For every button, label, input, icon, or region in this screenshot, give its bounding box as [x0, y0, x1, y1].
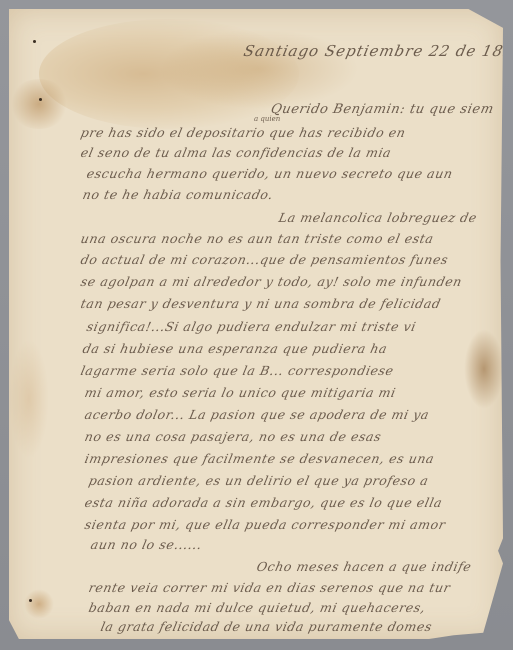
letter-line: mi amor, esto seria lo unico que mitigar… — [83, 385, 397, 400]
letter-line: una oscura noche no es aun tan triste co… — [79, 231, 435, 246]
letter-line: impresiones que facilmente se desvanecen… — [83, 451, 435, 466]
dateline: Santiago Septiembre 22 de 1850 — [242, 42, 513, 60]
letter-line: lagarme seria solo que la B... correspon… — [79, 363, 395, 378]
letter-line: significa!...Si algo pudiera endulzar mi… — [85, 319, 417, 334]
letter-line: el seno de tu alma las confidencias de l… — [79, 145, 393, 160]
letter-line: aun no lo se...... — [89, 537, 203, 552]
letter-line: da si hubiese una esperanza que pudiera … — [81, 341, 389, 356]
letter-line: escucha hermano querido, un nuevo secret… — [85, 166, 454, 181]
letter-line: pre has sido el depositario que has reci… — [79, 125, 407, 140]
letter-line: baban en nada mi dulce quietud, mi queha… — [87, 600, 427, 615]
letter-line: rente veia correr mi vida en dias sereno… — [87, 580, 452, 595]
letter-line: pasion ardiente, es un delirio el que ya… — [87, 473, 430, 488]
letter-line: no es una cosa pasajera, no es una de es… — [83, 429, 383, 444]
letter-line: la grata felicidad de una vida puramente… — [99, 619, 433, 634]
letter-line: tan pesar y desventura y ni una sombra d… — [79, 296, 442, 311]
letter-line: esta niña adorada a sin embargo, que es … — [83, 495, 443, 510]
letter-page: Santiago Septiembre 22 de 1850 Querido B… — [9, 9, 503, 639]
letter-line: no te he habia comunicado. — [81, 187, 274, 202]
letter-text: Santiago Septiembre 22 de 1850 Querido B… — [9, 9, 503, 639]
letter-line: Ocho meses hacen a que indife — [255, 559, 473, 574]
letter-line: se agolpan a mi alrededor y todo, ay! so… — [79, 274, 463, 289]
interlinear-insertion: a quien — [254, 115, 280, 123]
letter-line: La melancolica lobreguez de — [277, 210, 478, 225]
letter-line: do actual de mi corazon...que de pensami… — [79, 252, 449, 267]
salutation: Querido Benjamin: tu que siem — [269, 102, 495, 117]
letter-line: sienta por mi, que ella pueda correspond… — [83, 517, 447, 532]
letter-line: acerbo dolor... La pasion que se apodera… — [83, 407, 430, 422]
